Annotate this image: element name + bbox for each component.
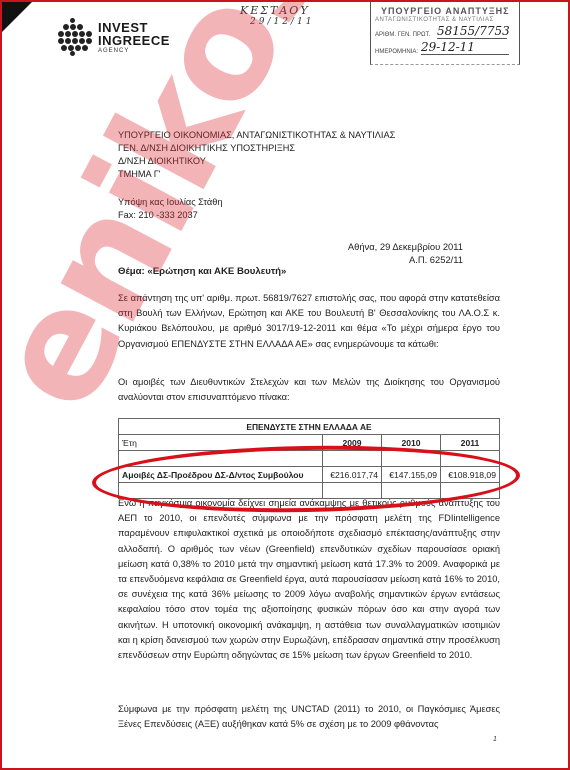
subject-line: Θέμα: «Ερώτηση και ΑΚΕ Βουλευτή» — [118, 266, 286, 277]
paragraph-intro: Σε απάντηση της υπ' αριθμ. πρωτ. 56819/7… — [118, 291, 500, 352]
paragraph-unctad: Σύμφωνα με την πρόσφατη μελέτη της UNCTA… — [118, 702, 500, 732]
contact-block: Υπόψη κας Ιουλίας Στάθη Fax: 210 -333 20… — [118, 196, 413, 222]
attention-line: Υπόψη κας Ιουλίας Στάθη — [118, 196, 413, 209]
logo-dots-icon — [58, 18, 92, 56]
logo-line-3: AGENCY — [98, 48, 170, 54]
paragraph-table-intro: Οι αμοιβές των Διευθυντικών Στελεχών και… — [118, 375, 500, 405]
recipient-line: ΤΜΗΜΑ Γ' — [118, 168, 413, 181]
stamp-protocol-label: ΑΡΙΘΜ. ΓΕΝ. ΠΡΩΤ. — [375, 32, 430, 38]
stamp-date-label: ΗΜΕΡΟΜΗΝΙΑ: — [375, 49, 418, 55]
stamp-protocol-value: 58155/7753 — [437, 24, 507, 39]
page-corner-fold — [2, 2, 32, 32]
stamp-date-value: 29-12-11 — [421, 40, 509, 55]
recipient-block: ΥΠΟΥΡΓΕΙΟ ΟΙΚΟΝΟΜΙΑΣ, ΑΝΤΑΓΩΝΙΣΤΙΚΟΤΗΤΑΣ… — [118, 129, 413, 181]
protocol-stamp: ΥΠΟΥΡΓΕΙΟ ΑΝΑΠΤΥΞΗΣ ΑΝΤΑΓΩΝΙΣΤΙΚΟΤΗΤΑΣ &… — [370, 2, 520, 65]
handwritten-note: ΚΕΣΤΑΟΥ — [240, 4, 310, 17]
page-number: 1 — [493, 736, 497, 743]
handwritten-date: 29/12/11 — [250, 17, 314, 27]
year-cell: 2011 — [441, 435, 500, 451]
logo-line-1: INVEST — [98, 21, 170, 34]
recipient-line: Δ/ΝΣΗ ΔΙΟΙΚΗΤΙΚΟΥ — [118, 155, 413, 168]
recipient-line: ΓΕΝ. Δ/ΝΣΗ ΔΙΟΙΚΗΤΙΚΗΣ ΥΠΟΣΤΗΡΙΞΗΣ — [118, 142, 413, 155]
fax-line: Fax: 210 -333 2037 — [118, 209, 413, 222]
place-date: Αθήνα, 29 Δεκεμβρίου 2011 — [348, 240, 463, 253]
logo-line-2: INGREECE — [98, 34, 170, 47]
stamp-title: ΥΠΟΥΡΓΕΙΟ ΑΝΑΠΤΥΞΗΣ — [381, 6, 510, 16]
dateline: Αθήνα, 29 Δεκεμβρίου 2011 Α.Π. 6252/11 — [348, 240, 463, 266]
reference-number: Α.Π. 6252/11 — [348, 253, 463, 266]
recipient-line: ΥΠΟΥΡΓΕΙΟ ΟΙΚΟΝΟΜΙΑΣ, ΑΝΤΑΓΩΝΙΣΤΙΚΟΤΗΤΑΣ… — [118, 129, 413, 142]
investingreece-logo: INVEST INGREECE AGENCY — [58, 18, 170, 56]
stamp-subtitle: ΑΝΤΑΓΩΝΙΣΤΙΚΟΤΗΤΑΣ & ΝΑΥΤΙΛΙΑΣ — [375, 17, 494, 23]
paragraph-fdi: Ενώ η παγκόσμια οικονομία δείχνει σημεία… — [118, 496, 500, 663]
table-title: ΕΠΕΝΔΥΣΤΕ ΣΤΗΝ ΕΛΛΑΔΑ ΑΕ — [119, 419, 500, 435]
